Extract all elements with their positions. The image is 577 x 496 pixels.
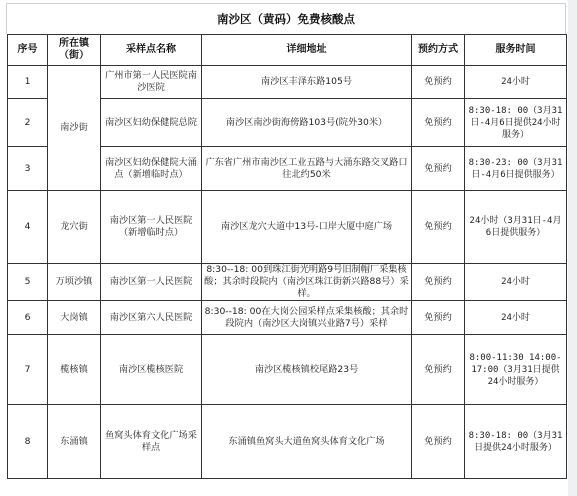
cell-hours: 24小时 [465, 301, 567, 335]
cell-index: 7 [8, 335, 48, 405]
cell-site: 广州市第一人民医院南沙医院 [101, 66, 202, 99]
cell-address: 东涌镇鱼窝头大道鱼窝头体育文化广场 [202, 405, 412, 479]
cell-booking: 免预约 [412, 191, 465, 264]
cell-booking: 免预约 [412, 335, 465, 405]
cell-booking: 免预约 [412, 66, 465, 99]
cell-hours: 8:00-11:30 14:00-17:00（3月31日提供24小时服务） [465, 335, 567, 405]
cell-site: 南沙区妇幼保健院总院 [101, 99, 202, 147]
cell-booking: 免预约 [412, 405, 465, 479]
table-title: 南沙区（黄码）免费核酸点 [6, 3, 566, 34]
cell-address: 8:30--18: 00在大岗公园采样点采集核酸；其余时段院内（南沙区大岗镇兴业… [202, 301, 412, 335]
cell-town: 大岗镇 [48, 301, 101, 335]
testing-sites-table: 序号 所在镇（街） 采样点名称 详细地址 预约方式 服务时间 1 南沙街 广州市… [7, 34, 567, 479]
cell-hours: 8:30-23: 00（3月31日-4月6日提供服务） [465, 147, 567, 191]
cell-index: 8 [8, 405, 48, 479]
cell-town: 东涌镇 [48, 405, 101, 479]
cell-booking: 免预约 [412, 99, 465, 147]
cell-address: 南沙区南沙街海傍路103号(院外30米） [202, 99, 412, 147]
cell-address: 南沙区龙穴大道中13号-口岸大厦中庭广场 [202, 191, 412, 264]
header-row: 序号 所在镇（街） 采样点名称 详细地址 预约方式 服务时间 [8, 35, 567, 66]
page-edge-strip [568, 0, 577, 496]
cell-address: 广东省广州市南沙区工业五路与大涌东路交叉路口往北约50米 [202, 147, 412, 191]
cell-address: 8:30--18: 00到珠江街光明路9号旧制帽厂采集核酸；其余时段院内（南沙区… [202, 264, 412, 301]
cell-site: 南沙区第一人民医院（新增临时点） [101, 191, 202, 264]
cell-town: 龙穴街 [48, 191, 101, 264]
header-index: 序号 [8, 35, 48, 66]
table-row: 8 东涌镇 鱼窝头体育文化广场采样点 东涌镇鱼窝头大道鱼窝头体育文化广场 免预约… [8, 405, 567, 479]
header-address: 详细地址 [202, 35, 412, 66]
cell-hours: 24小时 [465, 264, 567, 301]
table-row: 7 榄核镇 南沙区榄核医院 南沙区榄核镇校尾路23号 免预约 8:00-11:3… [8, 335, 567, 405]
cell-index: 4 [8, 191, 48, 264]
cell-booking: 免预约 [412, 301, 465, 335]
header-booking: 预约方式 [412, 35, 465, 66]
cell-address: 南沙区榄核镇校尾路23号 [202, 335, 412, 405]
cell-town: 榄核镇 [48, 335, 101, 405]
cell-site: 南沙区榄核医院 [101, 335, 202, 405]
header-town: 所在镇（街） [48, 35, 101, 66]
cell-address: 南沙区丰泽东路105号 [202, 66, 412, 99]
table-row: 6 大岗镇 南沙区第六人民医院 8:30--18: 00在大岗公园采样点采集核酸… [8, 301, 567, 335]
header-site: 采样点名称 [101, 35, 202, 66]
cell-hours: 24小时 [465, 66, 567, 99]
cell-hours: 8:30-18: 00（3月31日-4月6日提供24小时服务） [465, 99, 567, 147]
cell-town: 万顷沙镇 [48, 264, 101, 301]
header-hours: 服务时间 [465, 35, 567, 66]
table-row: 5 万顷沙镇 南沙区第一人民医院 8:30--18: 00到珠江街光明路9号旧制… [8, 264, 567, 301]
cell-index: 2 [8, 99, 48, 147]
cell-booking: 免预约 [412, 264, 465, 301]
cell-hours: 8:30-18: 00（3月31日提供24小时服务） [465, 405, 567, 479]
cell-index: 1 [8, 66, 48, 99]
cell-index: 3 [8, 147, 48, 191]
cell-site: 南沙区第六人民医院 [101, 301, 202, 335]
cell-index: 6 [8, 301, 48, 335]
cell-town: 南沙街 [48, 66, 101, 191]
cell-index: 5 [8, 264, 48, 301]
cell-site: 南沙区第一人民医院 [101, 264, 202, 301]
table-row: 1 南沙街 广州市第一人民医院南沙医院 南沙区丰泽东路105号 免预约 24小时 [8, 66, 567, 99]
cell-booking: 免预约 [412, 147, 465, 191]
cell-hours: 24小时（3月31日-4月6日提供服务） [465, 191, 567, 264]
cell-site: 鱼窝头体育文化广场采样点 [101, 405, 202, 479]
cell-site: 南沙区妇幼保健院大涌点（新增临时点） [101, 147, 202, 191]
table-row: 4 龙穴街 南沙区第一人民医院（新增临时点） 南沙区龙穴大道中13号-口岸大厦中… [8, 191, 567, 264]
